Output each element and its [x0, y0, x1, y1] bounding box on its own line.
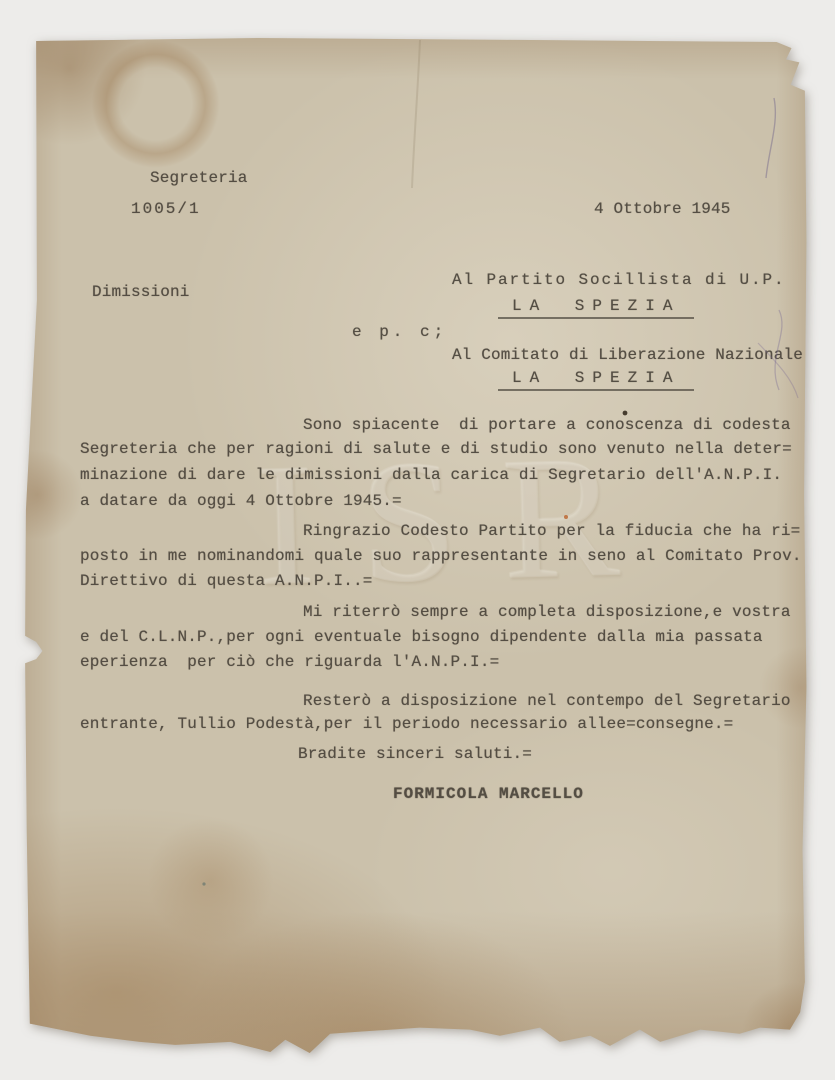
ink-speck: [623, 411, 628, 416]
paper-crease: [412, 40, 420, 188]
pencil-mark: [758, 343, 798, 398]
letter-paper: ISR Segreteria 1005/1 4 Ottobre 1945 Dim…: [22, 38, 808, 1053]
rust-speck: [564, 515, 568, 519]
paper-surface: ISR Segreteria 1005/1 4 Ottobre 1945 Dim…: [22, 38, 808, 1053]
scan-background: ISR Segreteria 1005/1 4 Ottobre 1945 Dim…: [0, 0, 835, 1080]
speck: [202, 882, 205, 885]
pencil-mark: [766, 98, 775, 178]
pencil-mark: [775, 310, 782, 390]
scan-artifacts: [22, 38, 808, 1053]
